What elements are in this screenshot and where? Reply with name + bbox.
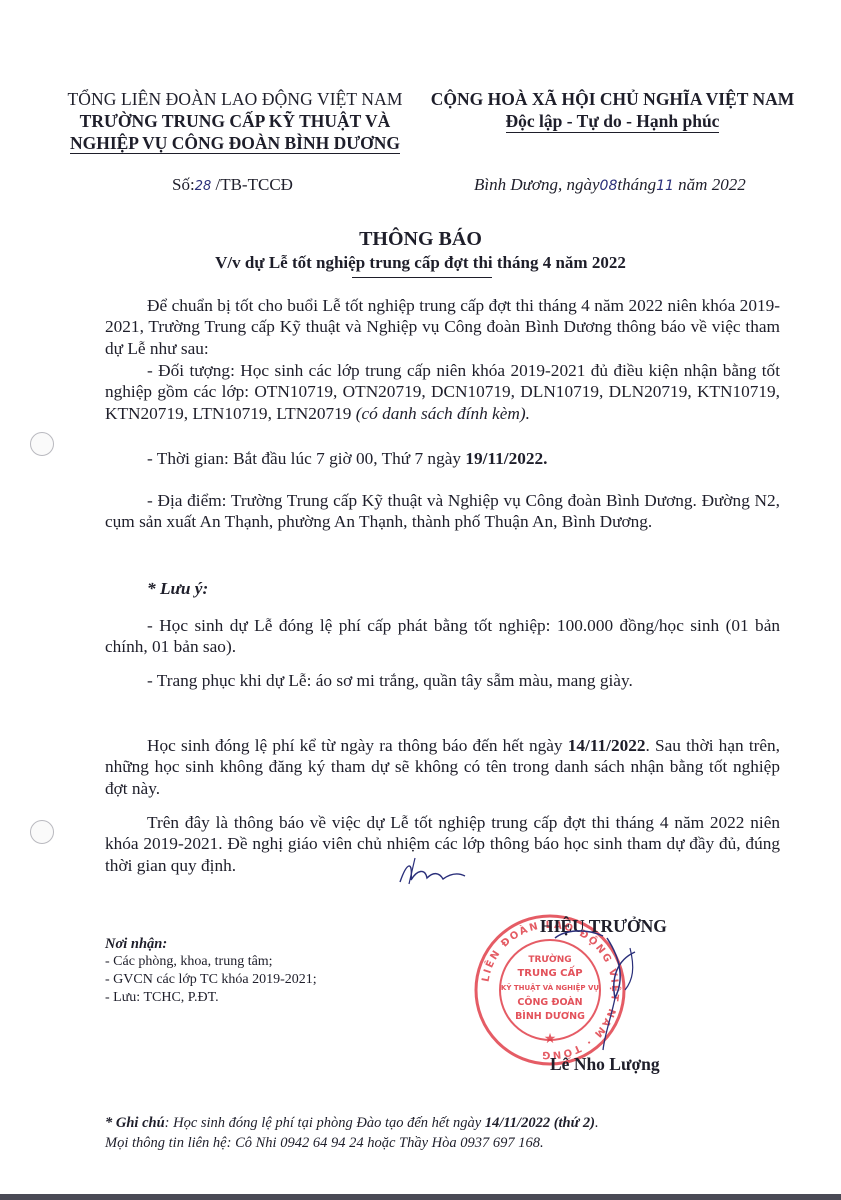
document-number: Số:28 /TB-TCCĐ	[172, 175, 293, 195]
national-motto: Độc lập - Tự do - Hạnh phúc	[506, 110, 720, 133]
document-subtitle: V/v dự Lễ tốt nghiệp trung cấp đợt thi t…	[0, 253, 841, 273]
location-paragraph: - Địa điểm: Trường Trung cấp Kỹ thuật và…	[105, 490, 780, 533]
punch-hole	[30, 820, 54, 844]
document-title: THÔNG BÁO	[0, 228, 841, 251]
handwritten-month: 11	[656, 178, 674, 194]
subjects-paragraph: - Đối tượng: Học sinh các lớp trung cấp …	[105, 360, 780, 424]
recipient-item: - Lưu: TCHC, P.ĐT.	[105, 989, 385, 1007]
recipient-item: - Các phòng, khoa, trung tâm;	[105, 953, 385, 971]
title-divider	[352, 277, 492, 278]
handwritten-day: 08	[600, 178, 618, 194]
signer-name: Lê Nho Lượng	[550, 1054, 660, 1075]
attire-paragraph: - Trang phục khi dự Lễ: áo sơ mi trắng, …	[105, 670, 780, 691]
header-left: TỔNG LIÊN ĐOÀN LAO ĐỘNG VIỆT NAM TRƯỜNG …	[55, 88, 415, 154]
recipient-item: - GVCN các lớp TC khóa 2019-2021;	[105, 971, 385, 989]
school-name-line2: NGHIỆP VỤ CÔNG ĐOÀN BÌNH DƯƠNG	[70, 133, 400, 154]
handwritten-number: 28	[195, 179, 212, 194]
fee-paragraph: - Học sinh dự Lễ đóng lệ phí cấp phát bằ…	[105, 615, 780, 658]
initials-signature	[395, 852, 485, 892]
organization-name: TỔNG LIÊN ĐOÀN LAO ĐỘNG VIỆT NAM	[55, 88, 415, 110]
issue-date: Bình Dương, ngày08tháng11 năm 2022	[474, 175, 746, 195]
deadline-paragraph: Học sinh đóng lệ phí kể từ ngày ra thông…	[105, 735, 780, 799]
contact-info: Mọi thông tin liên hệ: Cô Nhi 0942 64 94…	[105, 1133, 805, 1153]
intro-paragraph: Để chuẩn bị tốt cho buổi Lễ tốt nghiệp t…	[105, 295, 780, 359]
nation-name: CỘNG HOÀ XÃ HỘI CHỦ NGHĨA VIỆT NAM	[425, 88, 800, 110]
recipients-label: Nơi nhận:	[105, 935, 385, 953]
note-label: * Lưu ý:	[105, 578, 780, 599]
handwritten-signature	[545, 918, 655, 1058]
scan-edge	[0, 1194, 841, 1200]
time-paragraph: - Thời gian: Bắt đầu lúc 7 giờ 00, Thứ 7…	[105, 448, 780, 469]
school-name-line1: TRƯỜNG TRUNG CẤP KỸ THUẬT VÀ	[55, 110, 415, 132]
footnote: * Ghi chú: Học sinh đóng lệ phí tại phòn…	[105, 1113, 805, 1153]
punch-hole	[30, 432, 54, 456]
header-right: CỘNG HOÀ XÃ HỘI CHỦ NGHĨA VIỆT NAM Độc l…	[425, 88, 800, 133]
document-page: TỔNG LIÊN ĐOÀN LAO ĐỘNG VIỆT NAM TRƯỜNG …	[0, 0, 841, 1200]
recipients-block: Nơi nhận: - Các phòng, khoa, trung tâm; …	[105, 935, 385, 1007]
